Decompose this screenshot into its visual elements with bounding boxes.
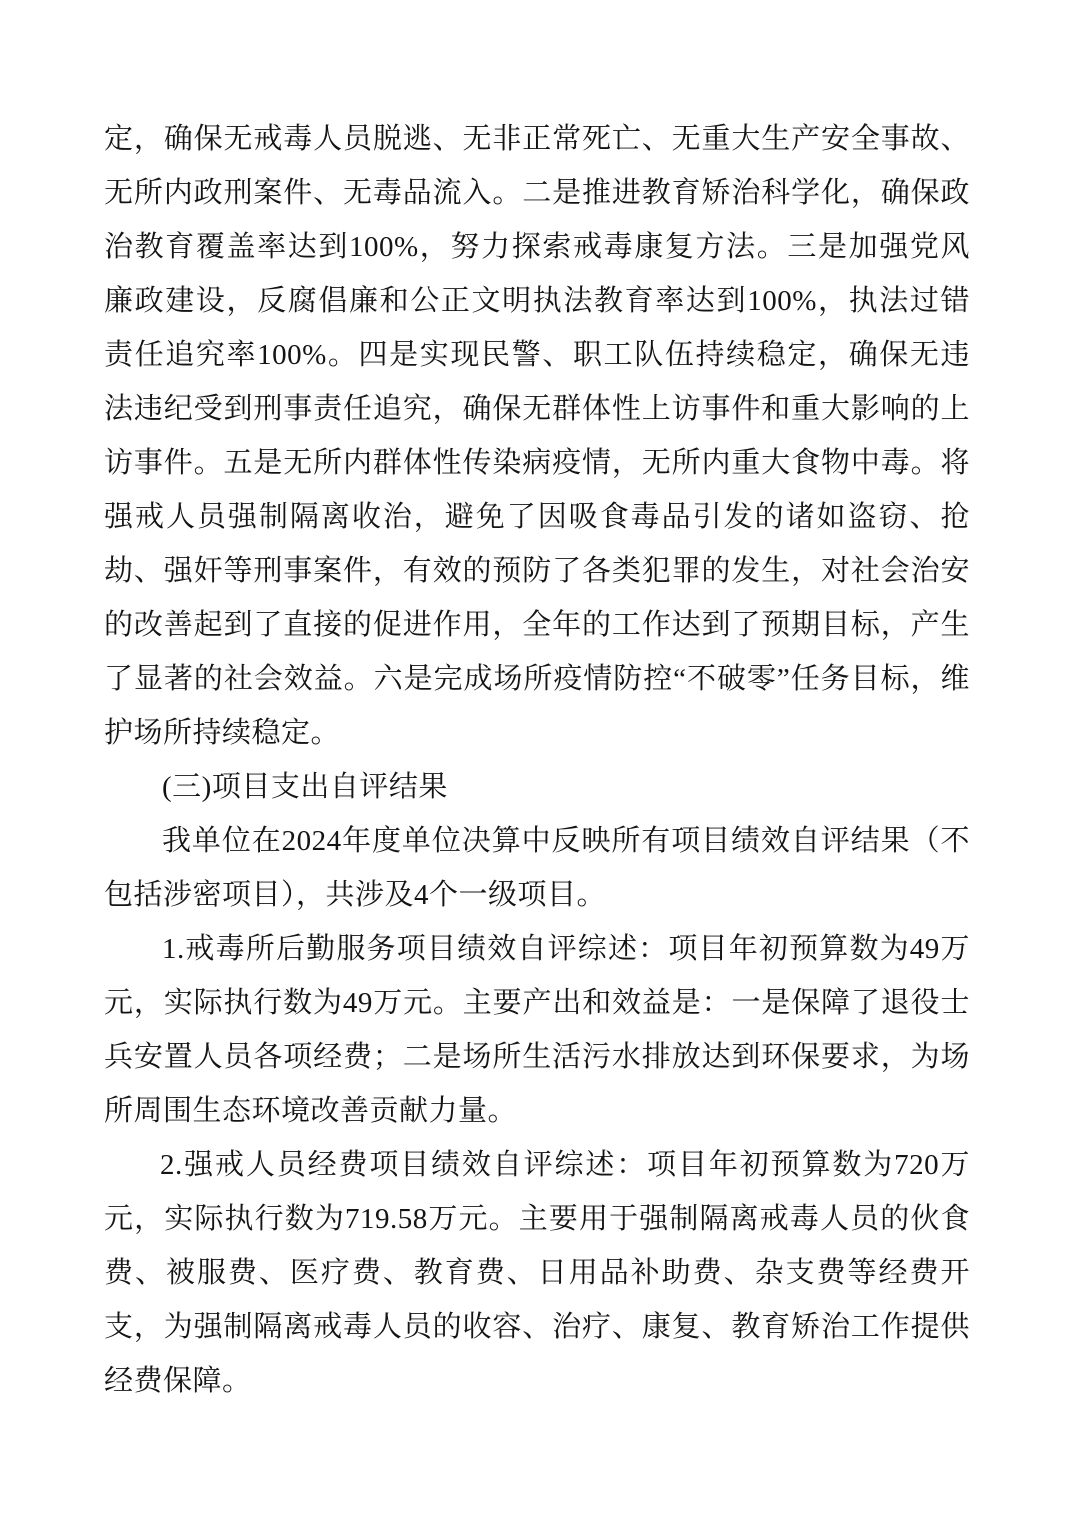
paragraph-project-2-detainee-funds: 2.强戒人员经费项目绩效自评综述：项目年初预算数为720万元，实际执行数为719…: [104, 1138, 970, 1408]
document-page: 定，确保无戒毒人员脱逃、无非正常死亡、无重大生产安全事故、无所内政刑案件、无毒品…: [0, 0, 1074, 1520]
text-content: 定，确保无戒毒人员脱逃、无非正常死亡、无重大生产安全事故、无所内政刑案件、无毒品…: [104, 112, 970, 1408]
paragraph-self-evaluation-summary: 我单位在2024年度单位决算中反映所有项目绩效自评结果（不包括涉密项目），共涉及…: [104, 814, 970, 922]
section-heading-project-expenditure-self-evaluation: (三)项目支出自评结果: [104, 760, 970, 814]
paragraph-goals-continuation: 定，确保无戒毒人员脱逃、无非正常死亡、无重大生产安全事故、无所内政刑案件、无毒品…: [104, 112, 970, 760]
paragraph-project-1-logistics-service: 1.戒毒所后勤服务项目绩效自评综述：项目年初预算数为49万元，实际执行数为49万…: [104, 922, 970, 1138]
